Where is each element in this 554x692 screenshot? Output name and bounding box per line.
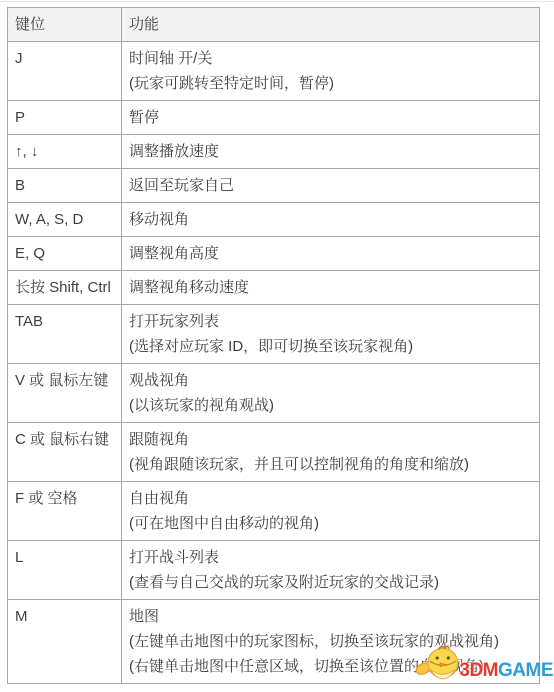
function-line: (视角跟随该玩家，并且可以控制视角的角度和缩放) xyxy=(129,452,531,477)
function-line: (玩家可跳转至特定时间，暂停) xyxy=(129,71,531,96)
keybind-table: 键位 功能 J时间轴 开/关(玩家可跳转至特定时间，暂停)P暂停↑, ↓调整播放… xyxy=(7,7,540,684)
key-cell: V 或 鼠标左键 xyxy=(8,364,122,423)
function-line: (以该玩家的视角观战) xyxy=(129,393,531,418)
function-line: 调整视角移动速度 xyxy=(129,275,531,300)
table-row: L打开战斗列表(查看与自己交战的玩家及附近玩家的交战记录) xyxy=(8,541,540,600)
function-line: (选择对应玩家 ID，即可切换至该玩家视角) xyxy=(129,334,531,359)
key-cell: B xyxy=(8,169,122,203)
keybind-table-container: 键位 功能 J时间轴 开/关(玩家可跳转至特定时间，暂停)P暂停↑, ↓调整播放… xyxy=(7,7,540,684)
key-cell: TAB xyxy=(8,305,122,364)
key-cell: L xyxy=(8,541,122,600)
table-row: C 或 鼠标右键跟随视角(视角跟随该玩家，并且可以控制视角的角度和缩放) xyxy=(8,423,540,482)
function-cell: 打开战斗列表(查看与自己交战的玩家及附近玩家的交战记录) xyxy=(122,541,540,600)
function-line: 暂停 xyxy=(129,105,531,130)
function-cell: 观战视角(以该玩家的视角观战) xyxy=(122,364,540,423)
function-line: (右键单击地图中任意区域，切换至该位置的自由视角) xyxy=(129,654,531,679)
function-line: 调整播放速度 xyxy=(129,139,531,164)
function-line: 自由视角 xyxy=(129,486,531,511)
keybind-table-body: J时间轴 开/关(玩家可跳转至特定时间，暂停)P暂停↑, ↓调整播放速度B返回至… xyxy=(8,42,540,684)
function-line: (可在地图中自由移动的视角) xyxy=(129,511,531,536)
key-cell: F 或 空格 xyxy=(8,482,122,541)
function-cell: 跟随视角(视角跟随该玩家，并且可以控制视角的角度和缩放) xyxy=(122,423,540,482)
function-cell: 时间轴 开/关(玩家可跳转至特定时间，暂停) xyxy=(122,42,540,101)
table-row: B返回至玩家自己 xyxy=(8,169,540,203)
function-cell: 暂停 xyxy=(122,101,540,135)
key-cell: E, Q xyxy=(8,237,122,271)
function-cell: 调整视角高度 xyxy=(122,237,540,271)
key-cell: 长按 Shift, Ctrl xyxy=(8,271,122,305)
function-line: (左键单击地图中的玩家图标，切换至该玩家的观战视角) xyxy=(129,629,531,654)
table-row: J时间轴 开/关(玩家可跳转至特定时间，暂停) xyxy=(8,42,540,101)
key-cell: M xyxy=(8,600,122,684)
table-row: TAB打开玩家列表(选择对应玩家 ID，即可切换至该玩家视角) xyxy=(8,305,540,364)
top-divider-line xyxy=(0,1,554,2)
function-cell: 自由视角(可在地图中自由移动的视角) xyxy=(122,482,540,541)
keybind-table-header: 键位 功能 xyxy=(8,8,540,42)
table-row: M地图(左键单击地图中的玩家图标，切换至该玩家的观战视角)(右键单击地图中任意区… xyxy=(8,600,540,684)
key-cell: W, A, S, D xyxy=(8,203,122,237)
key-cell: ↑, ↓ xyxy=(8,135,122,169)
header-key-column: 键位 xyxy=(8,8,122,42)
key-cell: P xyxy=(8,101,122,135)
function-cell: 调整播放速度 xyxy=(122,135,540,169)
function-cell: 返回至玩家自己 xyxy=(122,169,540,203)
function-cell: 地图(左键单击地图中的玩家图标，切换至该玩家的观战视角)(右键单击地图中任意区域… xyxy=(122,600,540,684)
function-line: (查看与自己交战的玩家及附近玩家的交战记录) xyxy=(129,570,531,595)
function-line: 移动视角 xyxy=(129,207,531,232)
table-row: F 或 空格自由视角(可在地图中自由移动的视角) xyxy=(8,482,540,541)
function-line: 调整视角高度 xyxy=(129,241,531,266)
function-line: 打开战斗列表 xyxy=(129,545,531,570)
header-row: 键位 功能 xyxy=(8,8,540,42)
table-row: 长按 Shift, Ctrl调整视角移动速度 xyxy=(8,271,540,305)
function-line: 地图 xyxy=(129,604,531,629)
key-cell: J xyxy=(8,42,122,101)
page: 键位 功能 J时间轴 开/关(玩家可跳转至特定时间，暂停)P暂停↑, ↓调整播放… xyxy=(0,0,554,692)
table-row: P暂停 xyxy=(8,101,540,135)
function-line: 跟随视角 xyxy=(129,427,531,452)
function-line: 返回至玩家自己 xyxy=(129,173,531,198)
function-line: 观战视角 xyxy=(129,368,531,393)
function-line: 时间轴 开/关 xyxy=(129,46,531,71)
function-cell: 移动视角 xyxy=(122,203,540,237)
function-line: 打开玩家列表 xyxy=(129,309,531,334)
function-cell: 打开玩家列表(选择对应玩家 ID，即可切换至该玩家视角) xyxy=(122,305,540,364)
function-cell: 调整视角移动速度 xyxy=(122,271,540,305)
table-row: V 或 鼠标左键观战视角(以该玩家的视角观战) xyxy=(8,364,540,423)
key-cell: C 或 鼠标右键 xyxy=(8,423,122,482)
table-row: ↑, ↓调整播放速度 xyxy=(8,135,540,169)
header-function-column: 功能 xyxy=(122,8,540,42)
table-row: E, Q调整视角高度 xyxy=(8,237,540,271)
table-row: W, A, S, D移动视角 xyxy=(8,203,540,237)
